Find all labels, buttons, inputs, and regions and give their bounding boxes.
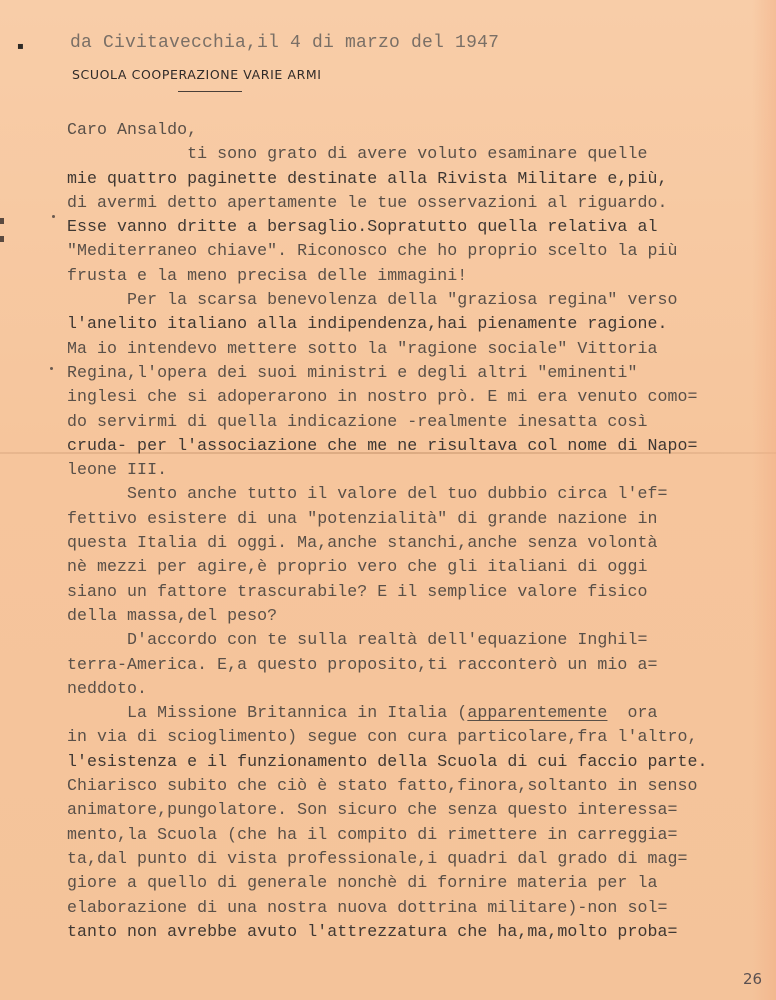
text-line: della massa,del peso? [67, 604, 767, 628]
text-line: leone III. [67, 458, 767, 482]
text-line: di avermi detto apertamente le tue osser… [67, 191, 767, 215]
letter-page: ▪ da Civitavecchia,il 4 di marzo del 194… [0, 0, 776, 1000]
text-line: Esse vanno dritte a bersaglio.Sopratutto… [67, 215, 767, 239]
margin-mark [0, 218, 4, 224]
text-line: D'accordo con te sulla realtà dell'equaz… [67, 628, 767, 652]
letter-body: Caro Ansaldo, ti sono grato di avere vol… [67, 118, 767, 944]
text-line: l'anelito italiano alla indipendenza,hai… [67, 312, 767, 336]
dateline: da Civitavecchia,il 4 di marzo del 1947 [70, 33, 499, 53]
text-line: ti sono grato di avere voluto esaminare … [67, 142, 767, 166]
text-line: in via di scioglimento) segue con cura p… [67, 725, 767, 749]
text-line: giore a quello di generale nonchè di for… [67, 871, 767, 895]
text-line: ta,dal punto di vista professionale,i qu… [67, 847, 767, 871]
letterhead-rule [178, 91, 242, 92]
paper-speck [52, 215, 55, 218]
bullet-mark: ▪ [17, 41, 24, 52]
text-line: Sento anche tutto il valore del tuo dubb… [67, 482, 767, 506]
text-segment: La Missione Britannica in Italia ( [67, 703, 467, 722]
text-segment: ora [607, 703, 657, 722]
text-line: questa Italia di oggi. Ma,anche stanchi,… [67, 531, 767, 555]
text-line: mento,la Scuola (che ha il compito di ri… [67, 823, 767, 847]
text-line: tanto non avrebbe avuto l'attrezzatura c… [67, 920, 767, 944]
text-line: Per la scarsa benevolenza della "grazios… [67, 288, 767, 312]
text-line: Chiarisco subito che ciò è stato fatto,f… [67, 774, 767, 798]
text-line: neddoto. [67, 677, 767, 701]
underlined-word: apparentemente [467, 703, 607, 722]
text-line: Ma io intendevo mettere sotto la "ragion… [67, 337, 767, 361]
text-line: cruda- per l'associazione che me ne risu… [67, 434, 767, 458]
margin-mark [0, 236, 4, 242]
text-line: "Mediterraneo chiave". Riconosco che ho … [67, 239, 767, 263]
text-line: nè mezzi per agire,è proprio vero che gl… [67, 555, 767, 579]
text-line: do servirmi di quella indicazione -realm… [67, 410, 767, 434]
paper-speck [50, 367, 53, 370]
text-line: frusta e la meno precisa delle immagini! [67, 264, 767, 288]
page-number: 26 [743, 970, 762, 988]
text-line: mie quattro paginette destinate alla Riv… [67, 167, 767, 191]
text-line: elaborazione di una nostra nuova dottrin… [67, 896, 767, 920]
text-line: terra-America. E,a questo proposito,ti r… [67, 653, 767, 677]
text-line: l'esistenza e il funzionamento della Scu… [67, 750, 767, 774]
text-line: inglesi che si adoperarono in nostro prò… [67, 385, 767, 409]
text-line: siano un fattore trascurabile? E il semp… [67, 580, 767, 604]
salutation: Caro Ansaldo, [67, 118, 767, 142]
text-line: Regina,l'opera dei suoi ministri e degli… [67, 361, 767, 385]
text-line: fettivo esistere di una "potenzialità" d… [67, 507, 767, 531]
letterhead: SCUOLA COOPERAZIONE VARIE ARMI [72, 67, 322, 82]
text-line-with-underline: La Missione Britannica in Italia (appare… [67, 701, 767, 725]
text-line: animatore,pungolatore. Son sicuro che se… [67, 798, 767, 822]
